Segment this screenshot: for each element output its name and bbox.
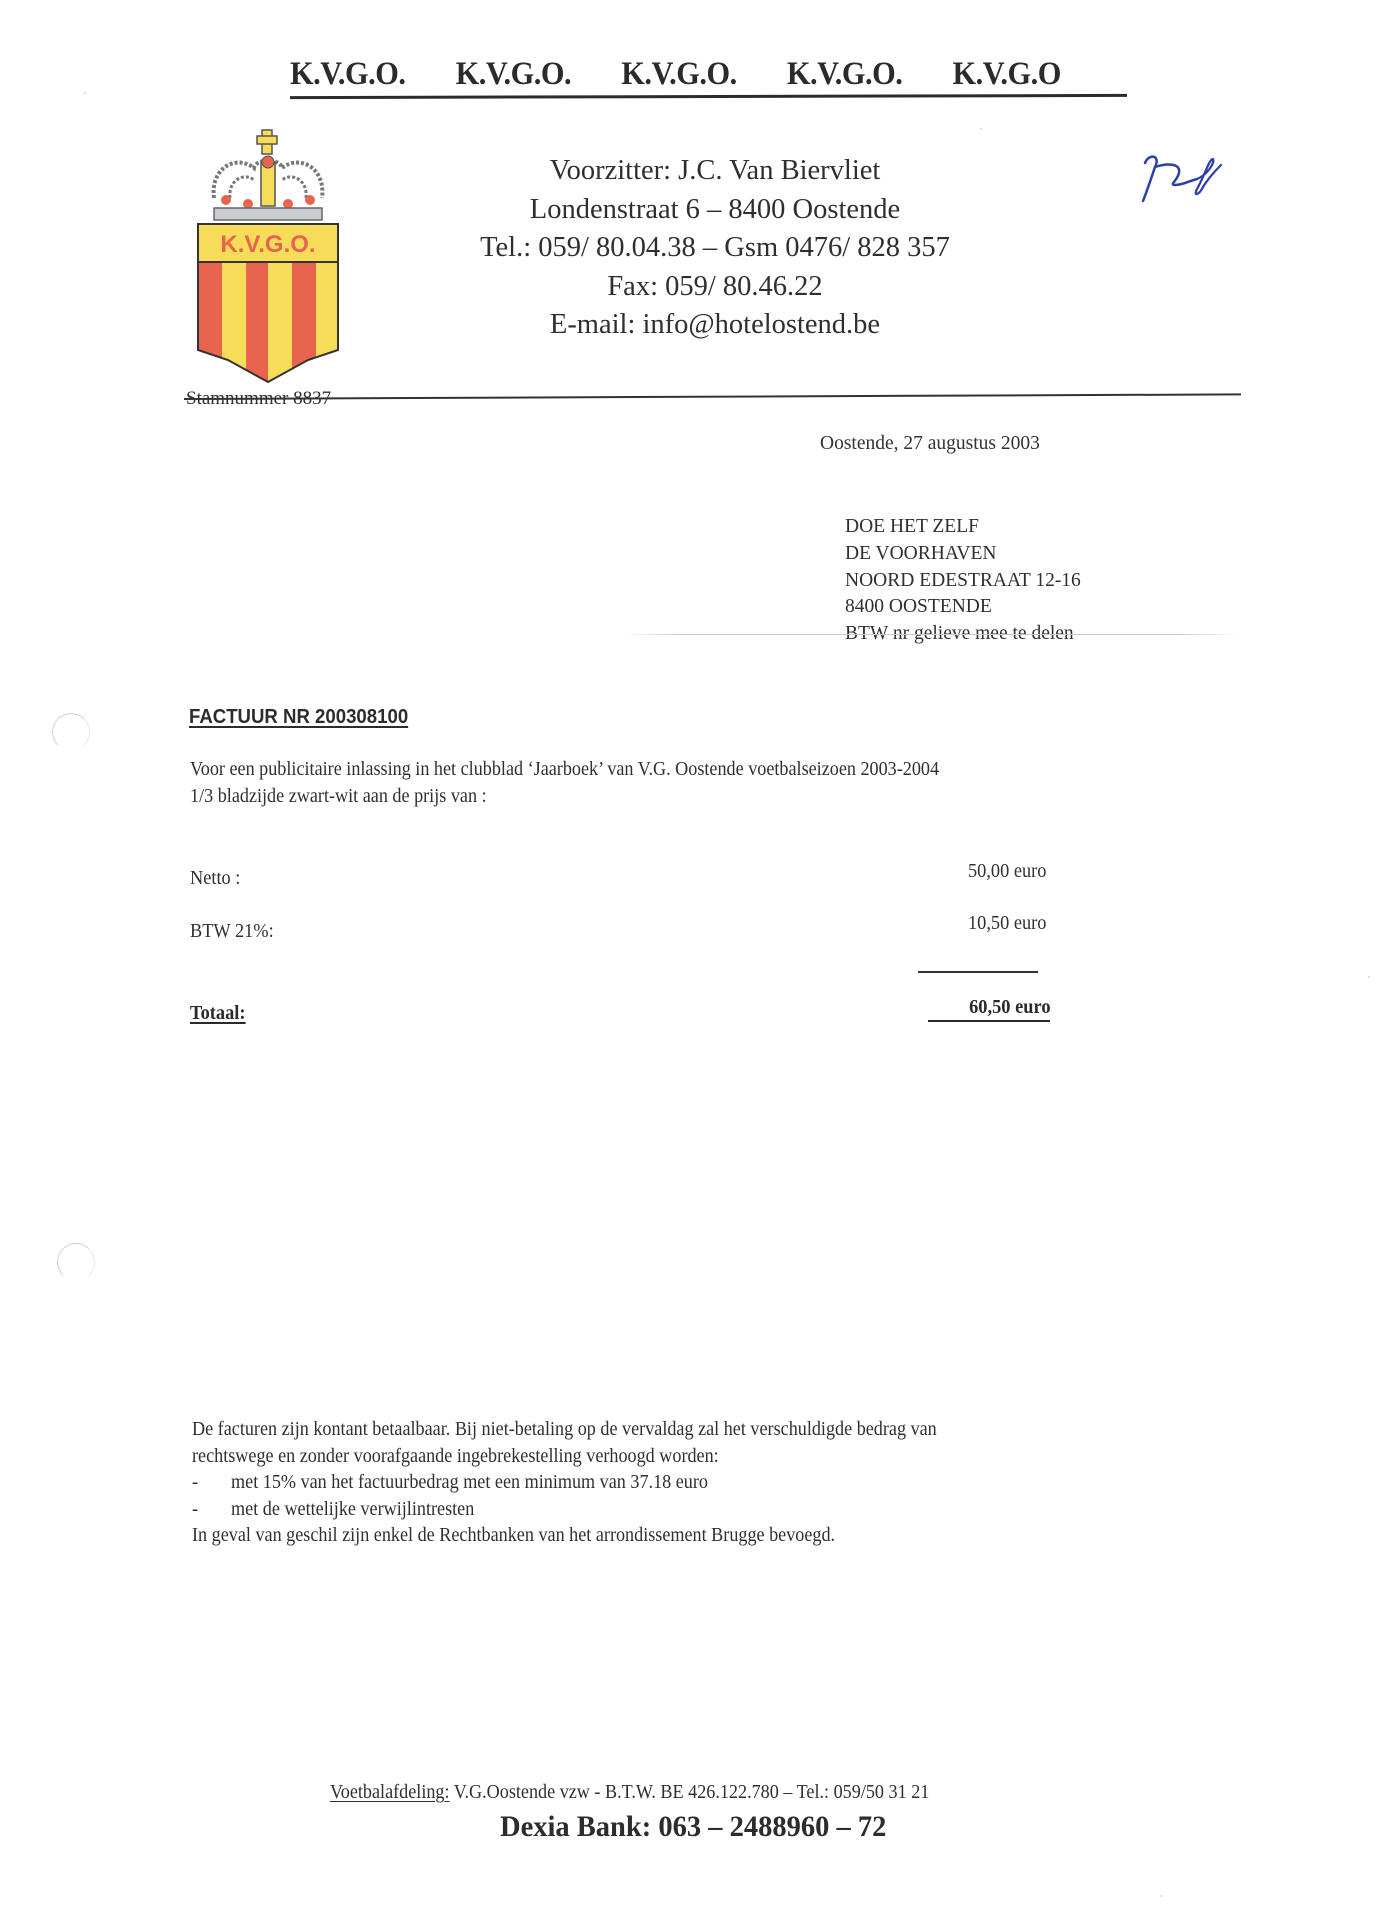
crown-shield-icon: K.V.G.O. [196, 128, 340, 383]
jurisdiction-line: In geval van geschil zijn enkel de Recht… [192, 1523, 937, 1550]
contact-block: Voorzitter: J.C. Van Biervliet Londenstr… [430, 152, 1000, 345]
bullet-text: met 15% van het factuurbedrag met een mi… [231, 1470, 708, 1497]
club-abbrev: K.V.G.O [953, 56, 1061, 93]
invoice-title: FACTUUR NR 200308100 [189, 706, 408, 729]
recipient-name: DOE HET ZELF [845, 514, 1081, 541]
footer-department: Voetbalafdeling: V.G.Oostende vzw - B.T.… [330, 1782, 929, 1804]
bullet-marker: - [192, 1470, 231, 1497]
chairman-line: Voorzitter: J.C. Van Biervliet [430, 152, 1000, 191]
fax-line: Fax: 059/ 80.46.22 [430, 268, 1000, 307]
net-amount: 50,00 euro [968, 861, 1046, 883]
phone-line: Tel.: 059/ 80.04.38 – Gsm 0476/ 828 357 [430, 229, 1000, 268]
terms-intro-line: rechtswege en zonder voorafgaande ingebr… [192, 1444, 937, 1471]
club-logo: K.V.G.O. [196, 128, 340, 383]
address-line: Londenstraat 6 – 8400 Oostende [430, 191, 1000, 230]
signature-icon [1135, 145, 1230, 215]
vat-amount: 10,50 euro [968, 913, 1046, 935]
scan-speck [1160, 1895, 1162, 1897]
recipient-company: DE VOORHAVEN [845, 541, 1081, 568]
invoice-date: Oostende, 27 augustus 2003 [820, 433, 1040, 455]
net-label: Netto : [190, 868, 240, 890]
invoice-description: Voor een publicitaire inlassing in het c… [190, 756, 939, 810]
club-abbrev: K.V.G.O. [456, 56, 572, 93]
club-abbrev: K.V.G.O. [787, 56, 903, 93]
punch-hole [52, 713, 90, 751]
terms-intro-line: De facturen zijn kontant betaalbaar. Bij… [192, 1417, 937, 1444]
recipient-street: NOORD EDESTRAAT 12-16 [845, 568, 1081, 595]
bullet-text: met de wettelijke verwijlintresten [231, 1497, 474, 1524]
recipient-city: 8400 OOSTENDE [845, 594, 1081, 621]
vat-label: BTW 21%: [190, 921, 274, 943]
total-label: Totaal: [190, 1002, 246, 1025]
department-label: Voetbalafdeling: [330, 1782, 450, 1803]
total-amount: 60,50 euro [970, 996, 1051, 1019]
terms-bullet: - met de wettelijke verwijlintresten [192, 1497, 937, 1524]
header-divider [184, 393, 1241, 400]
bullet-marker: - [192, 1497, 231, 1524]
terms-bullet: - met 15% van het factuurbedrag met een … [192, 1470, 937, 1497]
description-line: Voor een publicitaire inlassing in het c… [190, 756, 939, 783]
email-line: E-mail: info@hotelostend.be [430, 306, 1000, 345]
department-details: V.G.Oostende vzw - B.T.W. BE 426.122.780… [450, 1782, 930, 1803]
total-underline [928, 1020, 1050, 1022]
paper-fold-line [620, 634, 1240, 635]
bank-account: Dexia Bank: 063 – 2488960 – 72 [500, 1810, 886, 1844]
club-banner: K.V.G.O. K.V.G.O. K.V.G.O. K.V.G.O. K.V.… [290, 56, 1061, 93]
scan-speck [1368, 976, 1370, 978]
scan-speck [84, 92, 86, 94]
banner-underline [290, 94, 1127, 99]
handwritten-initials [1135, 145, 1230, 215]
club-abbrev: K.V.G.O. [621, 56, 737, 93]
logo-text: K.V.G.O. [220, 231, 315, 258]
description-line: 1/3 bladzijde zwart-wit aan de prijs van… [190, 783, 939, 810]
scan-speck [980, 128, 982, 130]
punch-hole [57, 1243, 95, 1281]
recipient-address: DOE HET ZELF DE VOORHAVEN NOORD EDESTRAA… [845, 514, 1081, 648]
payment-terms: De facturen zijn kontant betaalbaar. Bij… [192, 1417, 937, 1550]
sum-rule [918, 971, 1038, 973]
club-abbrev: K.V.G.O. [290, 56, 406, 93]
